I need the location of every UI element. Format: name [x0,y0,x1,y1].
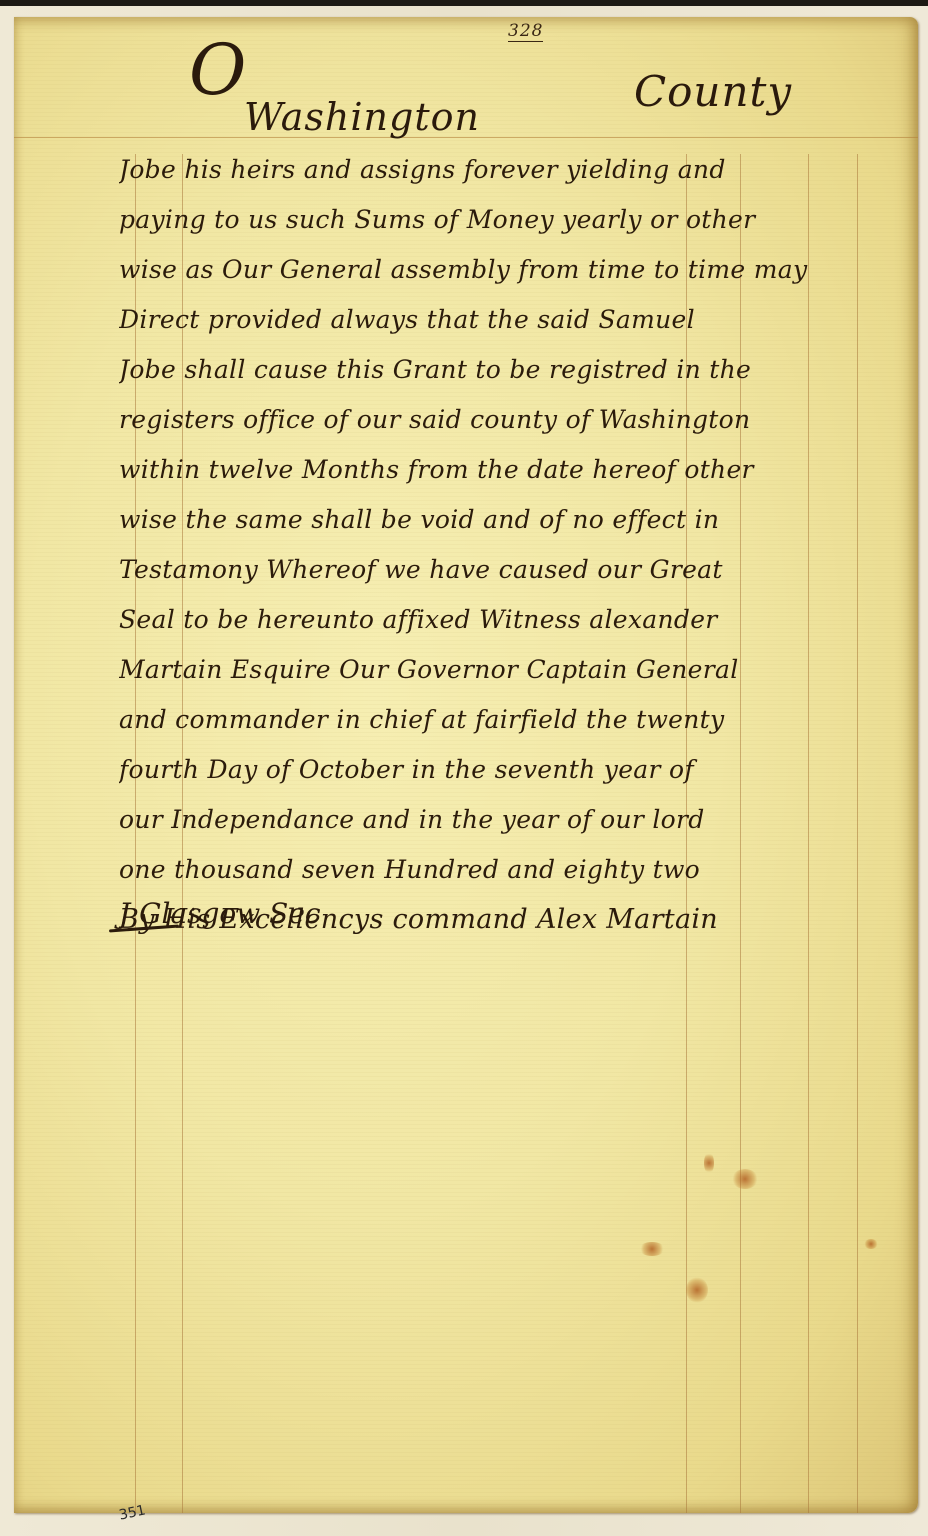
heading-county-name: Washington [244,95,480,139]
manuscript-text: Jobe his heirs and assigns forever yield… [119,145,928,945]
page-number: 328 [508,21,543,42]
secretary-signature: J Glasgow Sec [119,897,321,930]
text-line: wise as Our General assembly from time t… [119,245,928,295]
text-line: registers office of our said county of W… [119,395,928,445]
ink-stain [864,1239,878,1249]
text-line: Seal to be hereunto affixed Witness alex… [119,595,928,645]
text-line: within twelve Months from the date hereo… [119,445,928,495]
text-line: our Independance and in the year of our … [119,795,928,845]
ink-stain [639,1242,665,1256]
text-line: and commander in chief at fairfield the … [119,695,928,745]
text-line: Testamony Whereof we have caused our Gre… [119,545,928,595]
ink-stain [704,1152,714,1174]
text-line: paying to us such Sums of Money yearly o… [119,195,928,245]
manuscript-page: 328 O Washington County Jobe his heirs a… [14,17,918,1513]
text-line: Jobe his heirs and assigns forever yield… [119,145,928,195]
heading-flourish: O [189,35,246,105]
text-line: fourth Day of October in the seventh yea… [119,745,928,795]
text-line: wise the same shall be void and of no ef… [119,495,928,545]
heading-county-label: County [634,67,792,116]
ink-stain [686,1277,708,1303]
text-line: Direct provided always that the said Sam… [119,295,928,345]
text-line: one thousand seven Hundred and eighty tw… [119,845,928,895]
text-line: Martain Esquire Our Governor Captain Gen… [119,645,928,695]
text-line: Jobe shall cause this Grant to be regist… [119,345,928,395]
ink-stain [732,1169,758,1189]
